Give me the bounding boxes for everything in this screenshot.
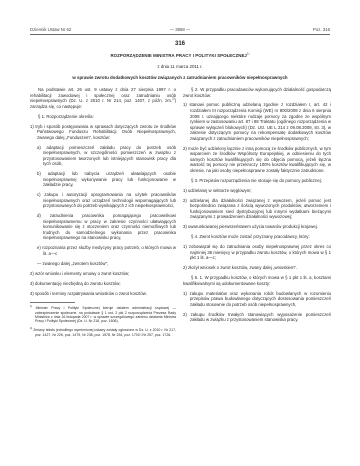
document-page: Dziennik Ustaw Nr 62 — 3958 — Poz. 316 3…	[0, 0, 360, 466]
footnote-separator	[30, 302, 75, 303]
section-5-item-2: 2) zakupu środków trwałych stanowiących …	[183, 312, 331, 323]
position-number: Poz. 316	[313, 27, 330, 32]
left-column: Na podstawie art. 26 ust. 9 ustawy z dni…	[30, 87, 176, 341]
section-3-intro: § 3. Przepisów rozporządzenia nie stosuj…	[183, 178, 331, 184]
section-1-item-1c: c) zakupu i autoryzacji oprogramowania n…	[30, 192, 176, 209]
page-number: — 3958 —	[30, 27, 330, 32]
section-4-item-2: 2) złożył wniosek o zwrot kosztów, zwany…	[183, 265, 331, 271]
section-1-item-1d: d) zatrudnienia pracownika pomagającego …	[30, 213, 176, 241]
footnote-2: 2) Zmiany tekstu jednolitego wymienionej…	[30, 328, 176, 337]
act-date: z dnia 11 marca 2011 r.	[0, 64, 360, 69]
section-3-item-3: 3) uwarunkowanej pierwszeństwem użycia t…	[183, 224, 331, 230]
footnote-2-mark: 2)	[30, 327, 32, 330]
section-2-item-2: 2) może być udzielony łącznie z inną pom…	[183, 146, 331, 174]
footnote-1: 1) Minister Pracy i Polityki Społecznej …	[30, 306, 176, 324]
section-5-item-1: 1) zakupu materiałów oraz wykonania robó…	[183, 291, 331, 308]
section-1-item-1e: e) rozpoznania przez służby medycyny pra…	[30, 245, 176, 256]
section-1-item-4: 4) sposób i terminy rozpatrywania wniosk…	[30, 291, 176, 297]
section-1-item-1-tail: — zwanego dalej „zwrotem kosztów”;	[30, 261, 176, 267]
act-title-text: ROZPORZĄDZENIE MINISTRA PRACY I POLITYKI…	[110, 53, 246, 58]
section-1-item-2: 2) wzór wniosku i elementy umowy o zwrot…	[30, 271, 176, 277]
section-1-item-1a: a) adaptacji pomieszczeń zakładu pracy d…	[30, 145, 176, 167]
act-subject: w sprawie zwrotu dodatkowych kosztów zwi…	[0, 75, 360, 80]
section-2-intro: § 2. W przypadku pracodawców wykonującyc…	[183, 87, 331, 98]
preamble-text: Na podstawie art. 26 ust. 9 ustawy z dni…	[30, 87, 176, 103]
right-column: § 2. W przypadku pracodawców wykonującyc…	[183, 87, 331, 327]
section-1-item-1b: b) adaptacji lub nabycia urządzeń ułatwi…	[30, 171, 176, 188]
section-4-item-1: 1) zobowiązał się do zatrudniania osoby …	[183, 244, 331, 261]
preamble: Na podstawie art. 26 ust. 9 ustawy z dni…	[30, 87, 176, 109]
footnote-1-text: Minister Pracy i Polityki Społecznej kie…	[35, 306, 176, 323]
footnote-1-mark: 1)	[30, 305, 32, 308]
act-title: ROZPORZĄDZENIE MINISTRA PRACY I POLITYKI…	[0, 53, 360, 58]
section-1-item-1: 1) tryb i sposób postępowania w sprawach…	[30, 124, 176, 141]
section-3-item-1: 1) udzielanej w sektorze węglowym;	[183, 188, 331, 194]
section-1-item-3: 3) dokumentację niezbędną do zwrotu kosz…	[30, 281, 176, 287]
section-3-item-2: 2) udzielanej dla działalności związanej…	[183, 198, 331, 220]
section-5-intro: § 5. 1. W przypadku kosztów, o których m…	[183, 275, 331, 286]
title-footnote-mark: 1)	[247, 52, 250, 56]
page-header: Dziennik Ustaw Nr 62 — 3958 — Poz. 316	[30, 27, 330, 35]
footnote-2-text: Zmiany tekstu jednolitego wymienionej us…	[33, 328, 176, 336]
section-4-intro: § 4. Zwrot kosztów może zostać przyznany…	[183, 234, 331, 240]
section-1-intro: § 1. Rozporządzenie określa:	[30, 114, 176, 120]
act-number: 316	[0, 41, 360, 47]
section-2-item-1: 1) stanowi pomoc publiczną udzielaną zgo…	[183, 102, 331, 141]
